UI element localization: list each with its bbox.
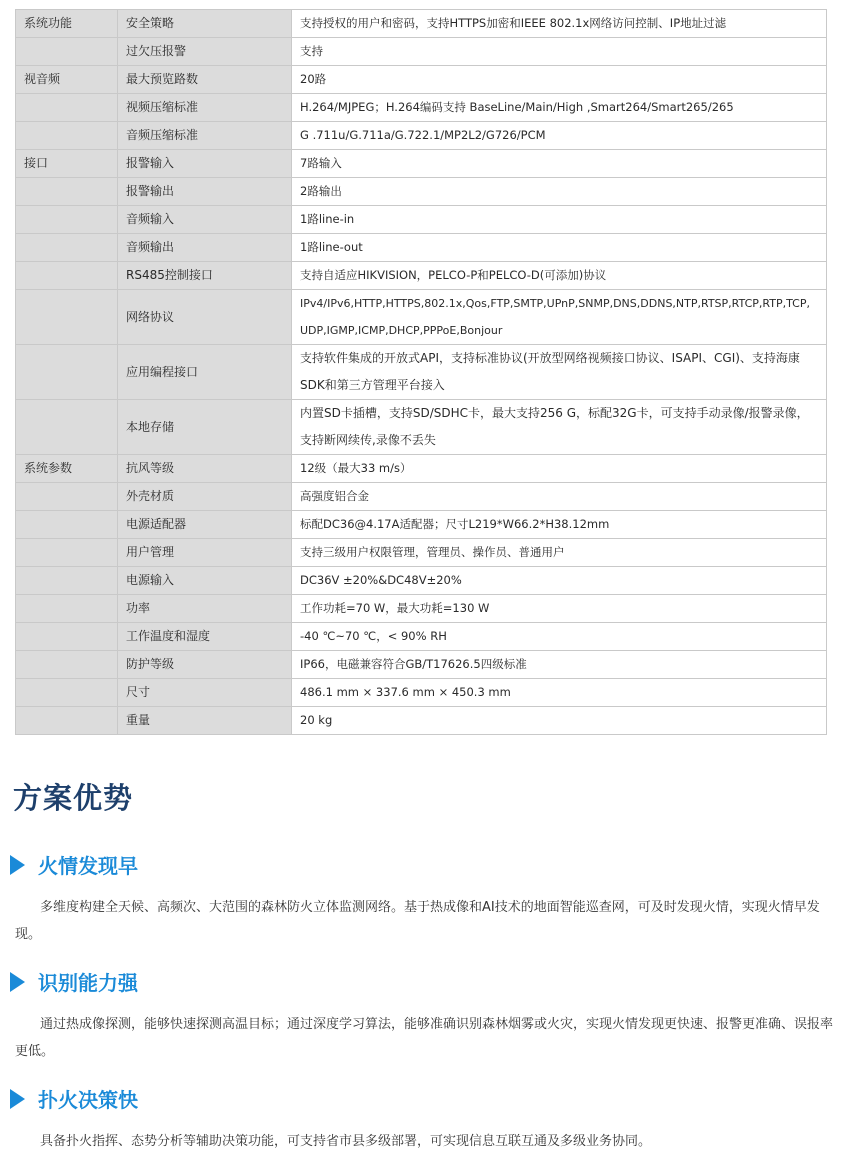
item-cell: 用户管理	[118, 539, 292, 567]
item-cell: 电源适配器	[118, 511, 292, 539]
item-cell: 抗风等级	[118, 455, 292, 483]
triangle-bullet-icon	[10, 1089, 25, 1109]
value-cell: 1路line-in	[292, 206, 827, 234]
value-cell: IPv4/IPv6,HTTP,HTTPS,802.1x,Qos,FTP,SMTP…	[292, 290, 827, 345]
category-cell	[16, 122, 118, 150]
item-cell: 防护等级	[118, 651, 292, 679]
value-cell: 支持	[292, 38, 827, 66]
category-cell	[16, 234, 118, 262]
item-cell: 应用编程接口	[118, 345, 292, 400]
table-row: 系统功能 安全策略 支持授权的用户和密码，支持HTTPS加密和IEEE 802.…	[16, 10, 827, 38]
table-row: 接口 报警输入 7路输入	[16, 150, 827, 178]
value-cell: 支持自适应HIKVISION，PELCO-P和PELCO-D(可添加)协议	[292, 262, 827, 290]
value-cell: G .711u/G.711a/G.722.1/MP2L2/G726/PCM	[292, 122, 827, 150]
item-cell: 最大预览路数	[118, 66, 292, 94]
category-cell	[16, 679, 118, 707]
category-cell	[16, 206, 118, 234]
table-row: 网络协议 IPv4/IPv6,HTTP,HTTPS,802.1x,Qos,FTP…	[16, 290, 827, 345]
table-row: 音频压缩标准 G .711u/G.711a/G.722.1/MP2L2/G726…	[16, 122, 827, 150]
item-cell: 电源输入	[118, 567, 292, 595]
advantage-heading: 识别能力强	[10, 967, 138, 996]
value-cell: 7路输入	[292, 150, 827, 178]
item-cell: 报警输出	[118, 178, 292, 206]
value-cell: 12级（最大33 m/s）	[292, 455, 827, 483]
category-cell	[16, 178, 118, 206]
advantage-heading: 火情发现早	[10, 850, 138, 879]
category-cell: 系统参数	[16, 455, 118, 483]
table-row: 音频输出 1路line-out	[16, 234, 827, 262]
advantage-text: 多维度构建全天候、高频次、大范围的森林防火立体监测网络。基于热成像和AI技术的地…	[15, 894, 837, 948]
value-cell: 20路	[292, 66, 827, 94]
item-cell: 外壳材质	[118, 483, 292, 511]
value-cell: 工作功耗=70 W，最大功耗=130 W	[292, 595, 827, 623]
table-row: 功率 工作功耗=70 W，最大功耗=130 W	[16, 595, 827, 623]
value-cell: 内置SD卡插槽，支持SD/SDHC卡，最大支持256 G，标配32G卡，可支持手…	[292, 400, 827, 455]
advantage-text: 具备扑火指挥、态势分析等辅助决策功能，可支持省市县多级部署，可实现信息互联互通及…	[15, 1128, 837, 1155]
item-cell: 重量	[118, 707, 292, 735]
category-cell	[16, 539, 118, 567]
item-cell: 本地存储	[118, 400, 292, 455]
advantage-text: 通过热成像探测，能够快速探测高温目标；通过深度学习算法，能够准确识别森林烟雾或火…	[15, 1011, 837, 1065]
table-row: 用户管理 支持三级用户权限管理，管理员、操作员、普通用户	[16, 539, 827, 567]
item-cell: 音频输入	[118, 206, 292, 234]
spec-table: 系统功能 安全策略 支持授权的用户和密码，支持HTTPS加密和IEEE 802.…	[15, 9, 827, 735]
value-cell: 支持软件集成的开放式API，支持标准协议(开放型网络视频接口协议、ISAPI、C…	[292, 345, 827, 400]
table-row: 本地存储 内置SD卡插槽，支持SD/SDHC卡，最大支持256 G，标配32G卡…	[16, 400, 827, 455]
category-cell	[16, 483, 118, 511]
category-cell	[16, 511, 118, 539]
item-cell: 音频输出	[118, 234, 292, 262]
item-cell: 过欠压报警	[118, 38, 292, 66]
item-cell: 音频压缩标准	[118, 122, 292, 150]
value-cell: 2路输出	[292, 178, 827, 206]
table-row: 重量 20 kg	[16, 707, 827, 735]
item-cell: 视频压缩标准	[118, 94, 292, 122]
table-row: 视音频 最大预览路数 20路	[16, 66, 827, 94]
category-cell: 接口	[16, 150, 118, 178]
table-row: 系统参数 抗风等级 12级（最大33 m/s）	[16, 455, 827, 483]
table-row: 尺寸 486.1 mm × 337.6 mm × 450.3 mm	[16, 679, 827, 707]
category-cell	[16, 707, 118, 735]
value-cell: 标配DC36@4.17A适配器；尺寸L219*W66.2*H38.12mm	[292, 511, 827, 539]
category-cell	[16, 623, 118, 651]
category-cell	[16, 94, 118, 122]
triangle-bullet-icon	[10, 855, 25, 875]
table-row: 视频压缩标准 H.264/MJPEG；H.264编码支持 BaseLine/Ma…	[16, 94, 827, 122]
category-cell	[16, 400, 118, 455]
section-title: 方案优势	[13, 776, 133, 817]
item-cell: 尺寸	[118, 679, 292, 707]
value-cell: 支持三级用户权限管理，管理员、操作员、普通用户	[292, 539, 827, 567]
item-cell: RS485控制接口	[118, 262, 292, 290]
category-cell	[16, 290, 118, 345]
value-cell: 486.1 mm × 337.6 mm × 450.3 mm	[292, 679, 827, 707]
category-cell	[16, 651, 118, 679]
advantage-heading-label: 火情发现早	[38, 850, 138, 879]
advantage-heading-label: 扑火决策快	[38, 1084, 138, 1113]
value-cell: H.264/MJPEG；H.264编码支持 BaseLine/Main/High…	[292, 94, 827, 122]
table-row: RS485控制接口 支持自适应HIKVISION，PELCO-P和PELCO-D…	[16, 262, 827, 290]
triangle-bullet-icon	[10, 972, 25, 992]
category-cell	[16, 262, 118, 290]
item-cell: 工作温度和湿度	[118, 623, 292, 651]
table-row: 应用编程接口 支持软件集成的开放式API，支持标准协议(开放型网络视频接口协议、…	[16, 345, 827, 400]
category-cell: 视音频	[16, 66, 118, 94]
table-row: 电源适配器 标配DC36@4.17A适配器；尺寸L219*W66.2*H38.1…	[16, 511, 827, 539]
item-cell: 功率	[118, 595, 292, 623]
item-cell: 安全策略	[118, 10, 292, 38]
item-cell: 报警输入	[118, 150, 292, 178]
category-cell	[16, 567, 118, 595]
value-cell: 1路line-out	[292, 234, 827, 262]
advantage-heading-label: 识别能力强	[38, 967, 138, 996]
table-row: 电源输入 DC36V ±20%&DC48V±20%	[16, 567, 827, 595]
category-cell	[16, 595, 118, 623]
value-cell: 支持授权的用户和密码，支持HTTPS加密和IEEE 802.1x网络访问控制、I…	[292, 10, 827, 38]
value-cell: 高强度铝合金	[292, 483, 827, 511]
value-cell: -40 ℃~70 ℃，< 90% RH	[292, 623, 827, 651]
category-cell: 系统功能	[16, 10, 118, 38]
value-cell: IP66，电磁兼容符合GB/T17626.5四级标准	[292, 651, 827, 679]
advantage-heading: 扑火决策快	[10, 1084, 138, 1113]
table-row: 报警输出 2路输出	[16, 178, 827, 206]
table-row: 外壳材质 高强度铝合金	[16, 483, 827, 511]
table-row: 防护等级 IP66，电磁兼容符合GB/T17626.5四级标准	[16, 651, 827, 679]
value-cell: 20 kg	[292, 707, 827, 735]
table-row: 工作温度和湿度 -40 ℃~70 ℃，< 90% RH	[16, 623, 827, 651]
table-row: 音频输入 1路line-in	[16, 206, 827, 234]
item-cell: 网络协议	[118, 290, 292, 345]
value-cell: DC36V ±20%&DC48V±20%	[292, 567, 827, 595]
category-cell	[16, 345, 118, 400]
table-row: 过欠压报警 支持	[16, 38, 827, 66]
category-cell	[16, 38, 118, 66]
